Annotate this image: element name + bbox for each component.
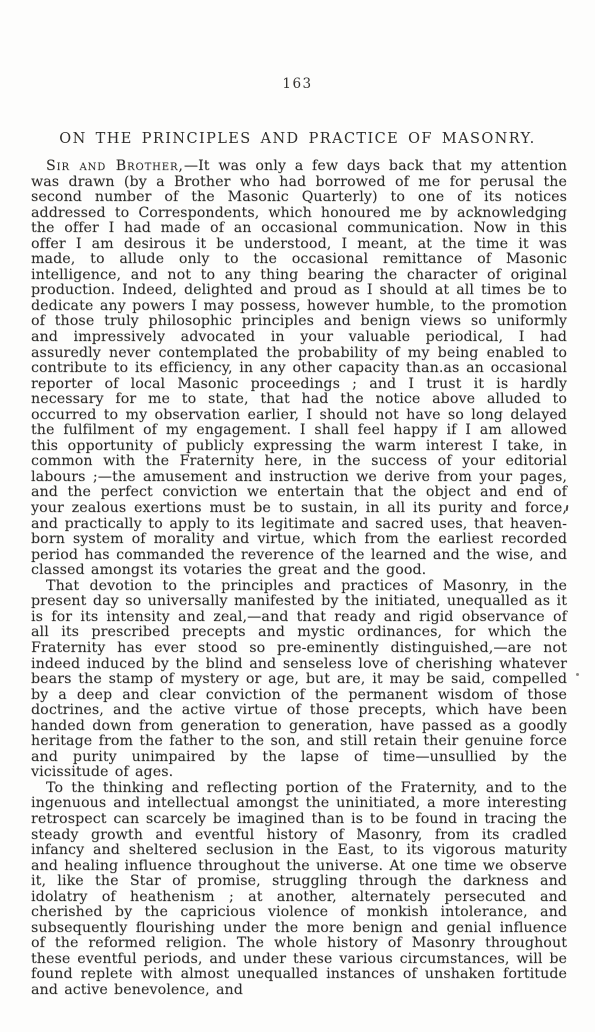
- paragraph-text: —It was only a few days back that my att…: [31, 158, 567, 578]
- scanned-document-page: 163 ON THE PRINCIPLES AND PRACTICE OF MA…: [0, 0, 595, 1032]
- article-body: Sir and Brother,—It was only a few days …: [31, 159, 567, 999]
- paragraph-text: To the thinking and reflecting portion o…: [31, 780, 567, 998]
- paragraph-opening: Sir and Brother,—It was only a few days …: [31, 159, 567, 579]
- salutation: Sir and Brother,: [46, 158, 184, 174]
- paragraph-history: To the thinking and reflecting portion o…: [31, 781, 567, 999]
- paragraph-text: That devotion to the principles and prac…: [31, 578, 567, 781]
- scan-speck: [576, 673, 579, 676]
- article-title: ON THE PRINCIPLES AND PRACTICE OF MASONR…: [0, 131, 595, 147]
- paragraph-devotion: That devotion to the principles and prac…: [31, 579, 567, 781]
- scan-speck: [566, 505, 569, 511]
- page-number: 163: [0, 76, 595, 92]
